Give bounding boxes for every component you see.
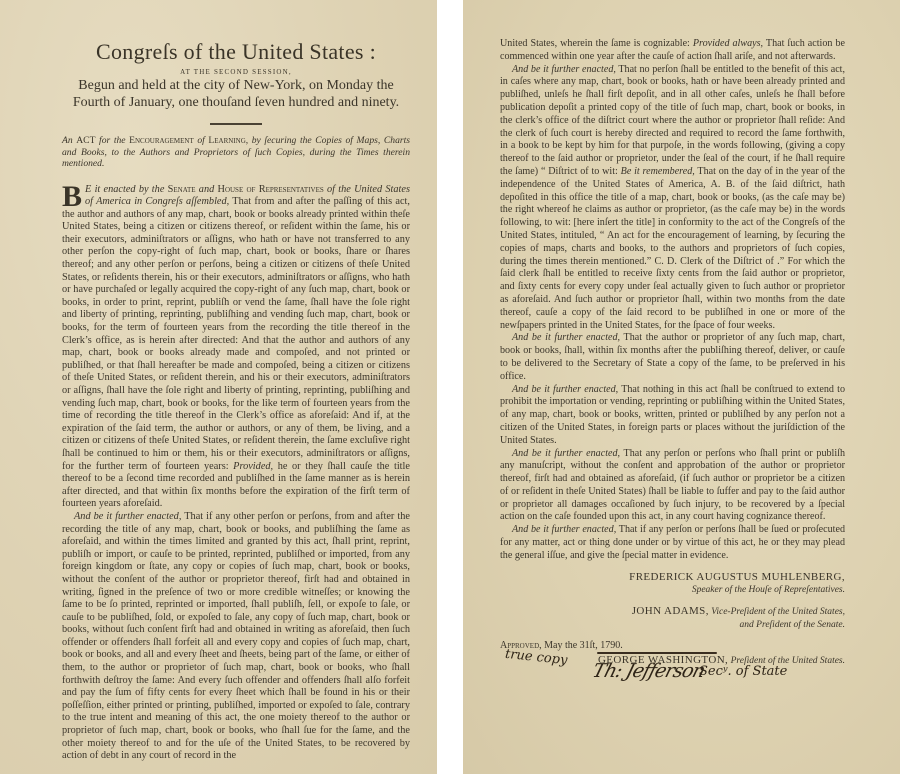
section-5: And be it further enacted, That nothing … — [500, 384, 845, 448]
left-page-content: Congreſs of the United States : AT THE S… — [62, 0, 410, 763]
approved-line: Approved, May the 31ſt, 1790. — [500, 640, 845, 651]
continuation: United States, wherein the ſame is cogni… — [500, 38, 845, 64]
section-7: And be it further enacted, That if any p… — [500, 524, 845, 562]
act-title: An ACT for the Encouragement of Learning… — [62, 135, 410, 170]
right-page-content: United States, wherein the ſame is cogni… — [500, 0, 845, 666]
jefferson-handwritten-signature: Th: Jefferson — [590, 660, 707, 682]
adams-signature: JOHN ADAMS, Vice-Preſident of the United… — [500, 605, 845, 632]
section-4: And be it further enacted, That the auth… — [500, 332, 845, 383]
secretary-of-state-annotation: Secʸ. of State — [699, 664, 787, 679]
act-body-right: United States, wherein the ſame is cogni… — [500, 38, 845, 563]
session-line: AT THE SECOND SESSION, — [62, 68, 410, 76]
document-title: Congreſs of the United States : — [62, 39, 410, 65]
divider-rule — [210, 123, 262, 125]
drop-cap: B — [62, 185, 82, 209]
enacting-clause: BE it enacted by the Senate and House of… — [62, 184, 410, 511]
muhlenberg-signature: FREDERICK AUGUSTUS MUHLENBERG, Speaker o… — [500, 571, 845, 597]
right-page: United States, wherein the ſame is cogni… — [463, 0, 900, 774]
section-2: And be it further enacted, That if any o… — [62, 511, 410, 763]
section-6: And be it further enacted, That any perſ… — [500, 448, 845, 525]
act-body-left: BE it enacted by the Senate and House of… — [62, 184, 410, 763]
left-page: Congreſs of the United States : AT THE S… — [0, 0, 437, 774]
section-3: And be it further enacted, That no perſo… — [500, 64, 845, 333]
begun-line: Begun and held at the city of New-York, … — [62, 77, 410, 111]
signature-flourish — [597, 652, 717, 654]
